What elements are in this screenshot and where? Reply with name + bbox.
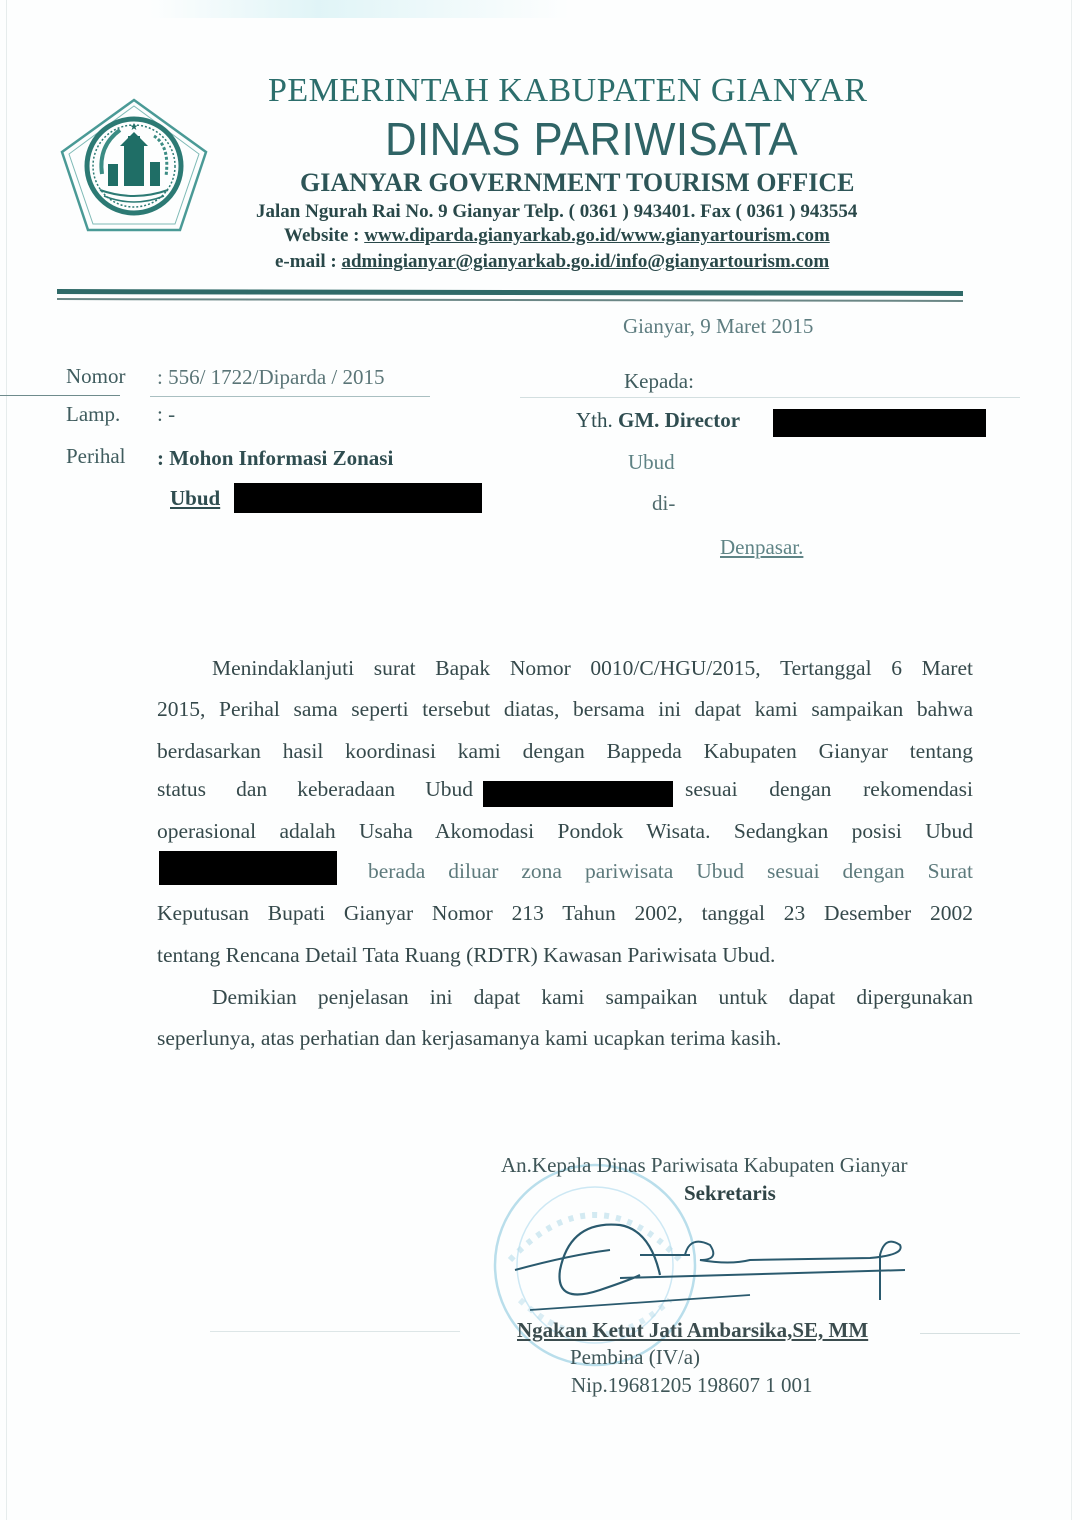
recipient-salutation: Yth.: [576, 408, 618, 432]
website-link[interactable]: www.diparda.gianyarkab.go.id/www.gianyar…: [364, 225, 830, 246]
scan-line: [210, 1331, 460, 1332]
signature-on-behalf: An.Kepala Dinas Pariwisata Kabupaten Gia…: [501, 1153, 907, 1178]
redaction-box: [483, 781, 673, 807]
page-edge: [6, 0, 7, 1520]
letterhead-divider-thin: [57, 298, 963, 302]
signature-role: Sekretaris: [684, 1181, 776, 1206]
letterhead-address: Jalan Ngurah Rai No. 9 Gianyar Telp. ( 0…: [256, 201, 857, 223]
email-link[interactable]: admingianyar@gianyarkab.go.id/info@giany…: [341, 251, 829, 272]
letterhead-divider: [57, 289, 963, 296]
scan-line: [920, 1333, 1020, 1334]
signatory-rank: Pembina (IV/a): [570, 1345, 700, 1370]
body-text: sesuai dengan rekomendasi: [685, 777, 973, 802]
letterhead-english-name: GIANYAR GOVERNMENT TOURISM OFFICE: [300, 168, 855, 198]
redaction-box: [159, 851, 337, 885]
body-paragraph-1-line: 2015, Perihal sama seperti tersebut diat…: [157, 697, 973, 722]
body-paragraph-2-line: Demikian penjelasan ini dapat kami sampa…: [157, 985, 973, 1010]
body-paragraph-2-line: seperlunya, atas perhatian dan kerjasama…: [157, 1026, 973, 1051]
recipient-di: di-: [652, 491, 675, 516]
body-text: status dan keberadaan Ubud: [157, 777, 473, 802]
page-edge: [1071, 0, 1072, 1520]
perihal-value-line2: Ubud: [170, 486, 220, 511]
body-paragraph-1-line: berdasarkan hasil koordinasi kami dengan…: [157, 739, 973, 764]
nomor-label: Nomor: [66, 364, 126, 389]
letterhead-government: PEMERINTAH KABUPATEN GIANYAR: [268, 72, 867, 110]
redaction-box: [773, 409, 986, 437]
signatory-name: Ngakan Ketut Jati Ambarsika,SE, MM: [517, 1318, 868, 1343]
recipient-title: GM. Director: [618, 408, 740, 432]
scan-line: [520, 397, 1020, 398]
recipient-name: Yth. GM. Director: [576, 408, 740, 433]
letterhead-website: Website : www.diparda.gianyarkab.go.id/w…: [284, 225, 830, 247]
body-paragraph-1-line: operasional adalah Usaha Akomodasi Pondo…: [157, 819, 973, 844]
lamp-label: Lamp.: [66, 402, 120, 427]
gianyar-regency-emblem-icon: ★: [58, 96, 210, 234]
nomor-value: : 556/ 1722/Diparda / 2015: [157, 365, 384, 390]
body-text: berada diluar zona pariwisata Ubud sesua…: [368, 859, 973, 884]
body-paragraph-1-line: Keputusan Bupati Gianyar Nomor 213 Tahun…: [157, 901, 973, 926]
recipient-heading: Kepada:: [624, 369, 694, 394]
body-paragraph-1-line: tentang Rencana Detail Tata Ruang (RDTR)…: [157, 943, 973, 968]
website-label: Website :: [284, 225, 364, 246]
email-label: e-mail :: [275, 251, 341, 272]
svg-text:★: ★: [130, 122, 139, 133]
letterhead-office-name: DINAS PARIWISATA: [385, 112, 798, 166]
recipient-city: Denpasar.: [720, 535, 803, 560]
scan-line: [150, 396, 430, 397]
perihal-label: Perihal: [66, 444, 125, 469]
scan-artifact: [150, 0, 570, 18]
signatory-nip: Nip.19681205 198607 1 001: [571, 1373, 813, 1398]
body-paragraph-1-line: Menindaklanjuti surat Bapak Nomor 0010/C…: [157, 656, 973, 681]
letterhead-email: e-mail : admingianyar@gianyarkab.go.id/i…: [275, 251, 829, 273]
handwritten-signature-icon: [510, 1210, 920, 1320]
letter-date: Gianyar, 9 Maret 2015: [623, 314, 813, 339]
lamp-value: : -: [157, 402, 175, 427]
perihal-value: : Mohon Informasi Zonasi: [157, 446, 393, 471]
redaction-box: [234, 483, 482, 513]
scan-line: [0, 395, 120, 396]
recipient-location: Ubud: [628, 450, 675, 475]
